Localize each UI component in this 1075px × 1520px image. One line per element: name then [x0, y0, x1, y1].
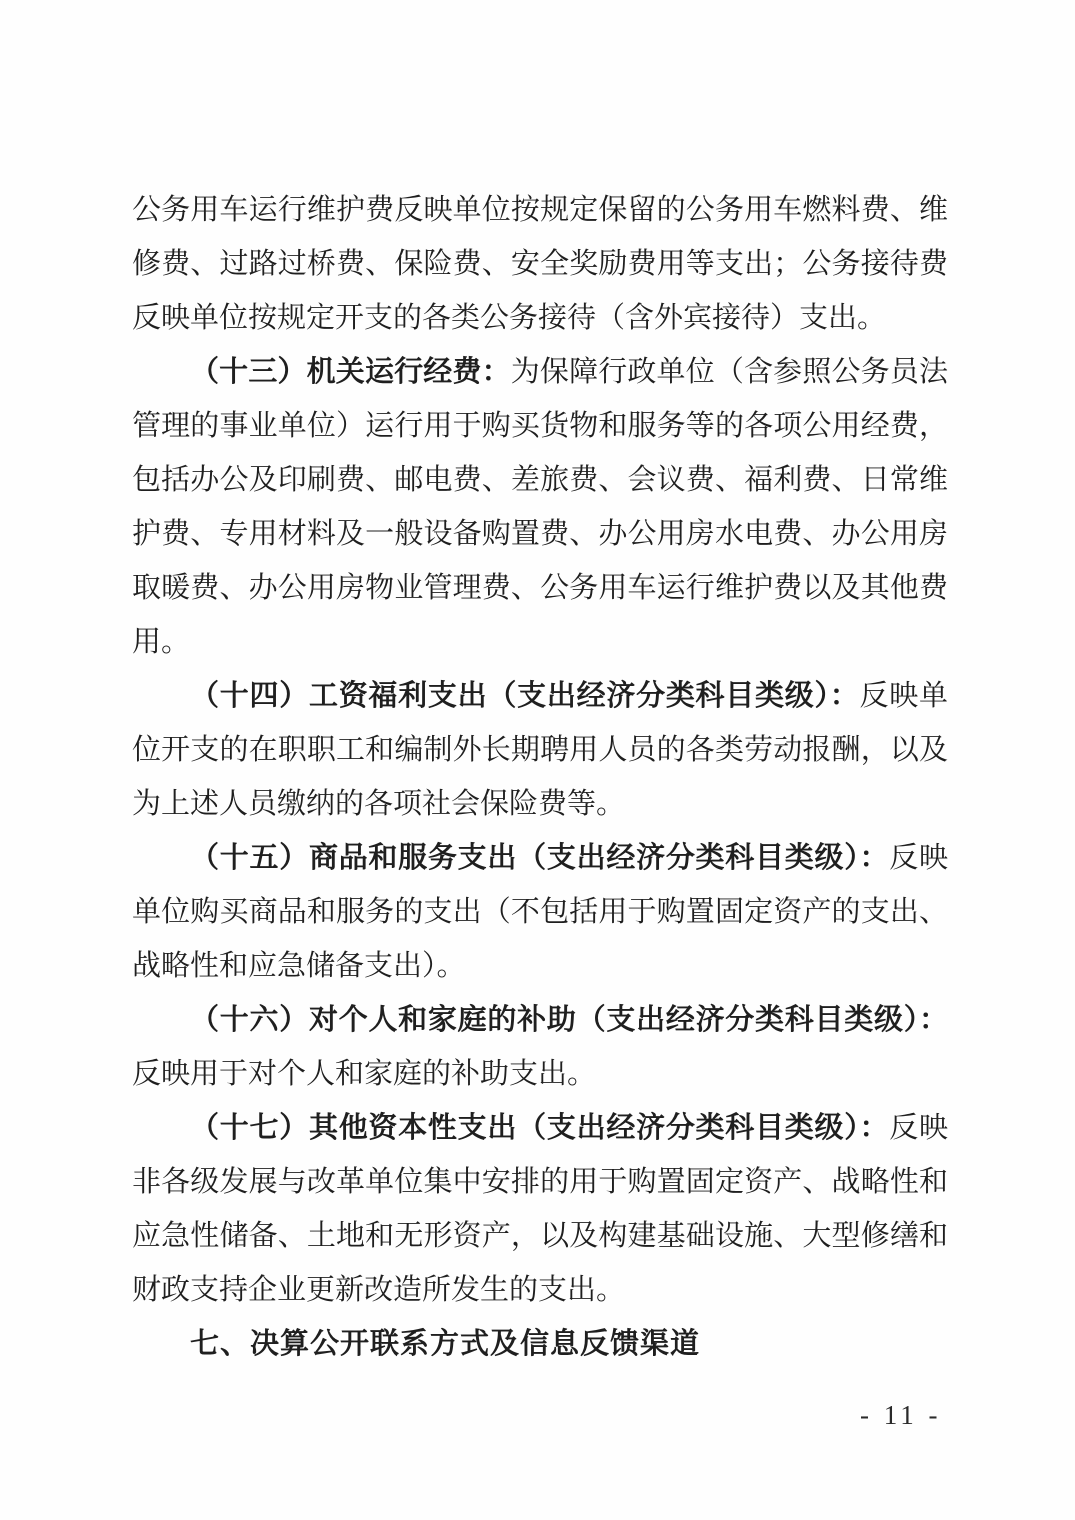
- section-paragraph-17: （十七）其他资本性支出（支出经济分类科目类级）：反映非各级发展与改革单位集中安排…: [132, 1101, 948, 1317]
- paragraph-vehicle-expense-continuation: 公务用车运行维护费反映单位按规定保留的公务用车燃料费、维修费、过路过桥费、保险费…: [132, 183, 948, 345]
- section-14-lead: （十四）工资福利支出（支出经济分类科目类级）：: [190, 680, 860, 712]
- section-16-body: 反映用于对个人和家庭的补助支出。: [132, 1058, 596, 1090]
- section-13-body: 为保障行政单位（含参照公务员法管理的事业单位）运行用于购买货物和服务等的各项公用…: [132, 356, 948, 658]
- section-heading-7: 七、决算公开联系方式及信息反馈渠道: [132, 1317, 948, 1371]
- page-number: - 11 -: [860, 1400, 941, 1431]
- document-content: 公务用车运行维护费反映单位按规定保留的公务用车燃料费、维修费、过路过桥费、保险费…: [132, 183, 948, 1371]
- section-16-lead: （十六）对个人和家庭的补助（支出经济分类科目类级）：: [190, 1004, 948, 1036]
- section-13-lead: （十三）机关运行经费：: [190, 356, 511, 388]
- section-15-lead: （十五）商品和服务支出（支出经济分类科目类级）：: [190, 842, 889, 874]
- section-paragraph-16: （十六）对个人和家庭的补助（支出经济分类科目类级）：反映用于对个人和家庭的补助支…: [132, 993, 948, 1101]
- section-paragraph-15: （十五）商品和服务支出（支出经济分类科目类级）：反映单位购买商品和服务的支出（不…: [132, 831, 948, 993]
- section-paragraph-14: （十四）工资福利支出（支出经济分类科目类级）：反映单位开支的在职职工和编制外长期…: [132, 669, 948, 831]
- document-page: 公务用车运行维护费反映单位按规定保留的公务用车燃料费、维修费、过路过桥费、保险费…: [0, 0, 1075, 1520]
- section-17-lead: （十七）其他资本性支出（支出经济分类科目类级）：: [190, 1112, 889, 1144]
- section-paragraph-13: （十三）机关运行经费：为保障行政单位（含参照公务员法管理的事业单位）运行用于购买…: [132, 345, 948, 669]
